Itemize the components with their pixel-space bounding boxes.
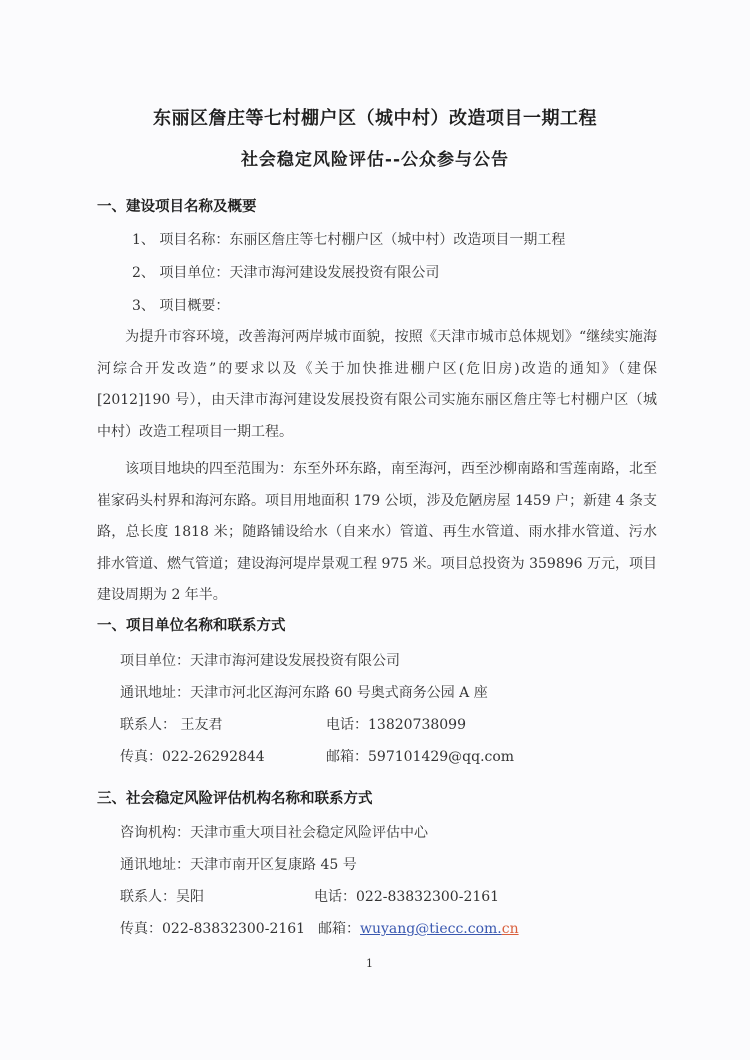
- section3-contact: 联系人：吴阳: [120, 886, 204, 906]
- paragraph-1-text: 为提升市容环境，改善海河两岸城市面貌，按照《天津市城市总体规划》“继续实施海河综…: [97, 329, 657, 440]
- section3-fax: 传真：022-83832300-2161: [120, 918, 305, 938]
- section2-heading: 一、项目单位名称和联系方式: [97, 614, 286, 635]
- section3-phone: 电话：022-83832300-2161: [314, 886, 499, 906]
- page-number: 1: [366, 957, 373, 970]
- document-title: 东丽区詹庄等七村棚户区（城中村）改造项目一期工程: [0, 104, 750, 130]
- section3-agency: 咨询机构：天津市重大项目社会稳定风险评估中心: [120, 822, 428, 842]
- section2-unit: 项目单位：天津市海河建设发展投资有限公司: [120, 650, 400, 670]
- section2-address: 通讯地址：天津市河北区海河东路 60 号奥式商务公园 A 座: [120, 682, 488, 702]
- section1-item-1: 1、 项目名称：东丽区詹庄等七村棚户区（城中村）改造项目一期工程: [132, 229, 565, 249]
- email-link[interactable]: wuyang@tiecc.com.: [360, 921, 502, 937]
- section3-email: 邮箱：wuyang@tiecc.com.cn: [318, 918, 519, 938]
- email-label: 邮箱：: [318, 921, 360, 937]
- section2-phone: 电话：13820738099: [326, 714, 466, 734]
- section3-address: 通讯地址：天津市南开区复康路 45 号: [120, 854, 357, 874]
- document-subtitle: 社会稳定风险评估--公众参与公告: [0, 145, 750, 170]
- section2-contact: 联系人： 王友君: [120, 714, 222, 734]
- section3-heading: 三、社会稳定风险评估机构名称和联系方式: [97, 787, 373, 808]
- section1-paragraph-2: 该项目地块的四至范围为：东至外环东路，南至海河，西至沙柳南路和雪莲南路，北至崔家…: [97, 454, 657, 612]
- section2-fax: 传真：022-26292844: [120, 746, 265, 766]
- email-link-tail[interactable]: cn: [502, 921, 519, 937]
- paragraph-2-text: 该项目地块的四至范围为：东至外环东路，南至海河，西至沙柳南路和雪莲南路，北至崔家…: [97, 461, 657, 603]
- section1-heading: 一、建设项目名称及概要: [97, 195, 257, 216]
- section1-paragraph-1: 为提升市容环境，改善海河两岸城市面貌，按照《天津市城市总体规划》“继续实施海河综…: [97, 322, 657, 448]
- section2-email: 邮箱：597101429@qq.com: [326, 746, 514, 766]
- section1-item-2: 2、 项目单位：天津市海河建设发展投资有限公司: [132, 262, 439, 282]
- section1-item-3: 3、 项目概要：: [132, 295, 229, 315]
